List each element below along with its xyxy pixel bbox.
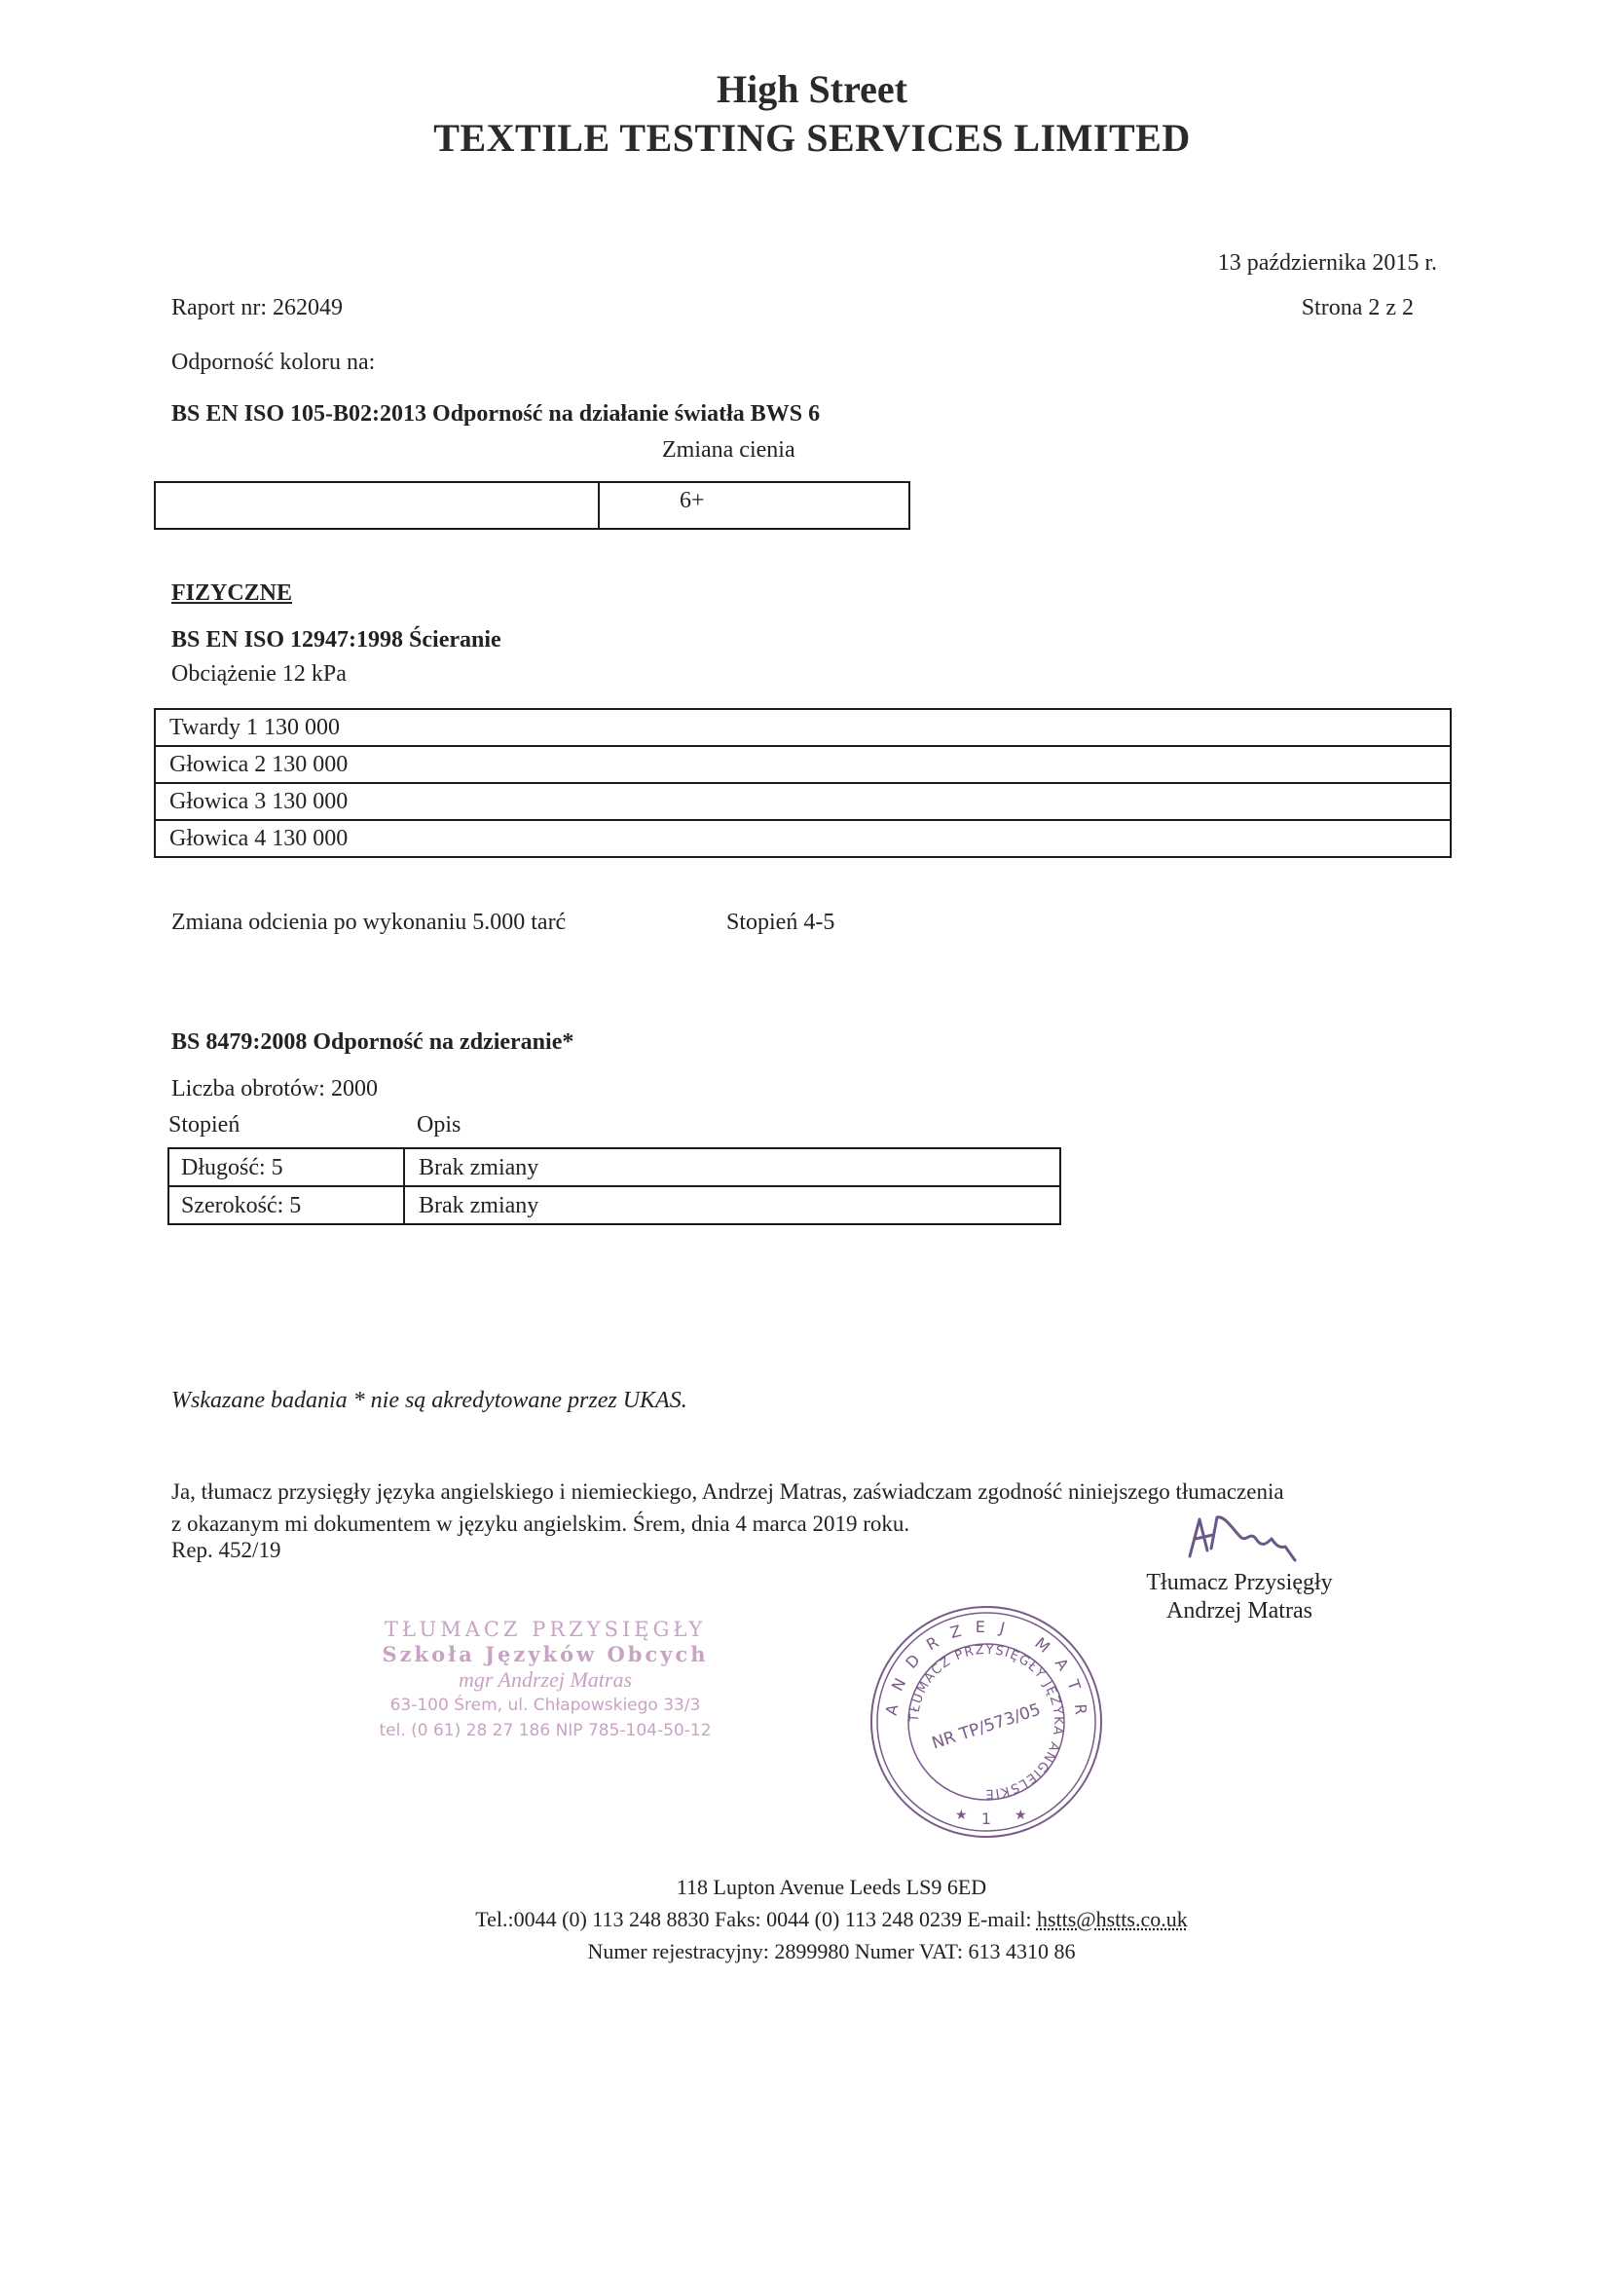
company-name-line2: TEXTILE TESTING SERVICES LIMITED: [0, 119, 1624, 158]
snagging-header-description: Opis: [417, 1113, 461, 1137]
table-cell-description: Brak zmiany: [404, 1186, 1060, 1224]
signature-title: Tłumacz Przysięgły: [1132, 1571, 1347, 1594]
certification-line-2: z okazanym mi dokumentem w języku angiel…: [171, 1512, 909, 1535]
repertory-number: Rep. 452/19: [171, 1539, 280, 1561]
table-row: 6+: [155, 482, 909, 529]
colour-fastness-intro: Odporność koloru na:: [171, 351, 375, 374]
report-number: Raport nr: 262049: [171, 296, 343, 319]
table-cell-label: [155, 482, 599, 529]
table-row: Długość: 5 Brak zmiany: [168, 1148, 1060, 1186]
table-cell: Twardy 1 130 000: [155, 709, 1451, 746]
light-fastness-table: 6+: [154, 481, 910, 530]
table-cell-value: 6+: [599, 482, 909, 529]
stamp-line-1: TŁUMACZ PRZYSIĘGŁY: [370, 1617, 720, 1642]
snagging-standard: BS 8479:2008 Odporność na zdzieranie*: [171, 1030, 573, 1054]
section-title-physical: FIZYCZNE: [171, 581, 292, 605]
stamp-line-2: Szkoła Języków Obcych: [370, 1642, 720, 1667]
report-date: 13 października 2015 r.: [1218, 251, 1437, 275]
footer-registration: Numer rejestracyjny: 2899980 Numer VAT: …: [0, 1941, 1624, 1962]
signature-icon: [1178, 1510, 1344, 1578]
stamp-line-5: tel. (0 61) 28 27 186 NIP 785-104-50-12: [370, 1718, 720, 1743]
footer-contact: Tel.:0044 (0) 113 248 8830 Faks: 0044 (0…: [0, 1909, 1624, 1930]
translator-stamp: TŁUMACZ PRZYSIĘGŁY Szkoła Języków Obcych…: [370, 1617, 720, 1743]
snagging-table: Długość: 5 Brak zmiany Szerokość: 5 Brak…: [167, 1147, 1061, 1225]
abrasion-standard: BS EN ISO 12947:1998 Ścieranie: [171, 628, 501, 652]
snagging-header-grade: Stopień: [168, 1113, 240, 1137]
table-row: Głowica 3 130 000: [155, 783, 1451, 820]
table-cell-grade: Szerokość: 5: [168, 1186, 404, 1224]
footer-address: 118 Lupton Avenue Leeds LS9 6ED: [0, 1877, 1624, 1898]
table-row: Głowica 4 130 000: [155, 820, 1451, 857]
table-cell: Głowica 4 130 000: [155, 820, 1451, 857]
company-name-line1: High Street: [0, 70, 1624, 109]
footer-email-link[interactable]: hstts@hstts.co.uk: [1037, 1907, 1188, 1931]
light-fastness-standard: BS EN ISO 105-B02:2013 Odporność na dzia…: [171, 402, 820, 426]
signature-name: Andrzej Matras: [1132, 1599, 1347, 1623]
certification-line-1: Ja, tłumacz przysięgły języka angielskie…: [171, 1480, 1284, 1503]
snagging-revolutions: Liczba obrotów: 2000: [171, 1077, 378, 1101]
shade-change-value: Stopień 4-5: [726, 911, 834, 934]
shade-change-header: Zmiana cienia: [662, 438, 795, 462]
table-row: Twardy 1 130 000: [155, 709, 1451, 746]
table-cell: Głowica 3 130 000: [155, 783, 1451, 820]
official-seal-icon: ANDRZEJ MATRAS TŁUMACZ PRZYSIĘGŁY JĘZYKA…: [865, 1586, 1108, 1848]
svg-text:★: ★: [1015, 1808, 1027, 1823]
stamp-line-4: 63-100 Śrem, ul. Chłapowskiego 33/3: [370, 1693, 720, 1718]
table-row: Głowica 2 130 000: [155, 746, 1451, 783]
stamp-line-3: mgr Andrzej Matras: [370, 1667, 720, 1693]
shade-change-label: Zmiana odcienia po wykonaniu 5.000 tarć: [171, 911, 566, 934]
table-cell-description: Brak zmiany: [404, 1148, 1060, 1186]
abrasion-table: Twardy 1 130 000 Głowica 2 130 000 Głowi…: [154, 708, 1452, 858]
page-number: Strona 2 z 2: [1302, 296, 1414, 319]
table-cell-grade: Długość: 5: [168, 1148, 404, 1186]
seal-bottom-text: 1: [981, 1810, 991, 1828]
seal-center-text: NR TP/573/05: [930, 1700, 1044, 1754]
footer-contact-text: Tel.:0044 (0) 113 248 8830 Faks: 0044 (0…: [475, 1907, 1037, 1931]
svg-text:★: ★: [955, 1808, 968, 1823]
table-cell: Głowica 2 130 000: [155, 746, 1451, 783]
accreditation-note: Wskazane badania * nie są akredytowane p…: [171, 1389, 687, 1412]
abrasion-load: Obciążenie 12 kPa: [171, 662, 347, 686]
table-row: Szerokość: 5 Brak zmiany: [168, 1186, 1060, 1224]
